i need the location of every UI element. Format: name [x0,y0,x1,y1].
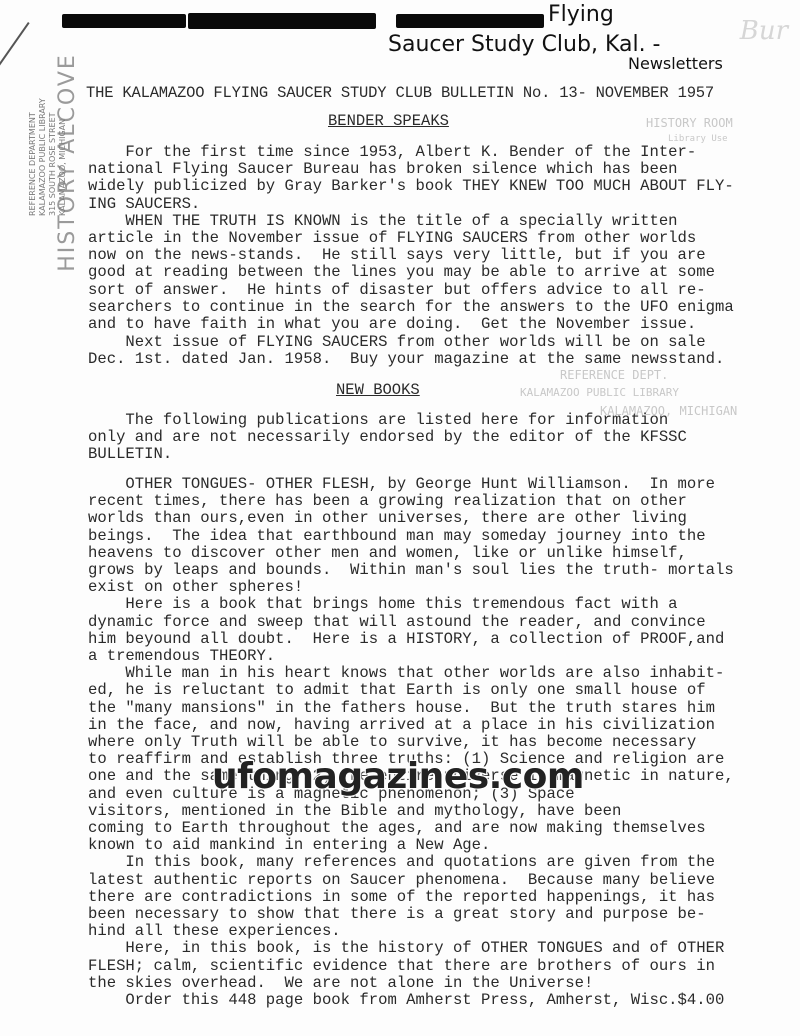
stamp-line: KALAMAZOO PUBLIC LIBRARY [38,98,47,216]
pen-stroke [0,22,30,67]
handwritten-newsletters: Newsletters [628,54,723,73]
bulletin-header: THE KALAMAZOO FLYING SAUCER STUDY CLUB B… [86,84,714,102]
stamp-line: KALAMAZOO, MICHIGAN [58,119,67,216]
stamp-line: 315 SOUTH ROSE STREET [48,112,57,216]
section-title-new-books: NEW BOOKS [336,381,420,399]
faint-stamp-reference: REFERENCE DEPT. [560,368,668,382]
redaction-bar [188,13,376,29]
redaction-bar [62,14,186,28]
handwritten-club-name: Saucer Study Club, Kal. - [388,32,661,57]
paragraph-bender-speaks: For the first time since 1953, Albert K.… [88,144,748,333]
paragraph-book-review: OTHER TONGUES- OTHER FLESH, by George Hu… [88,476,748,1009]
library-stamp: HISTORY ALCOVE REFERENCE DEPARTMENT KALA… [6,66,86,246]
section-title-bender-speaks: BENDER SPEAKS [328,112,449,130]
site-watermark: ufomagazines.com [212,756,584,797]
stamp-line: REFERENCE DEPARTMENT [28,112,37,216]
redaction-bar [396,14,544,28]
scanned-bulletin-page: Flying Saucer Study Club, Kal. - Newslet… [0,0,800,1036]
handwritten-flying: Flying [548,2,614,27]
faint-stamp-library: KALAMAZOO PUBLIC LIBRARY [520,386,679,399]
paragraph-disclaimer: The following publications are listed he… [88,412,748,464]
faint-corner-scribble: Bur [740,16,788,46]
faint-stamp-history-room: HISTORY ROOM [646,116,733,130]
paragraph-next-issue: Next issue of FLYING SAUCERS from other … [88,334,748,368]
